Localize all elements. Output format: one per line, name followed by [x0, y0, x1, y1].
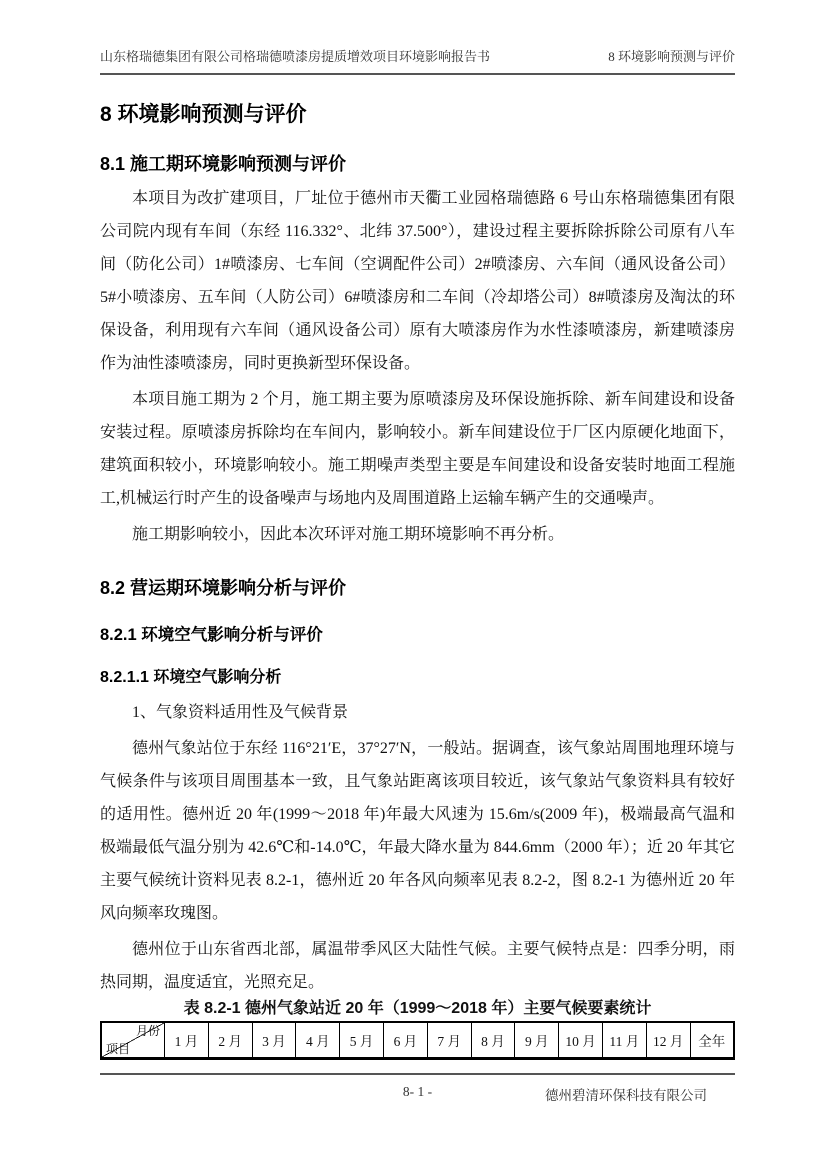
table-corner-cell: 月份 项目: [101, 1022, 165, 1059]
table-header-row: 月份 项目 1 月 2 月 3 月 4 月 5 月 6 月 7 月 8 月 9 …: [101, 1022, 734, 1059]
paragraph-climate-features: 德州位于山东省西北部，属温带季风区大陆性气候。主要气候特点是：四季分明，雨热同期…: [100, 933, 735, 999]
column-header-apr: 4 月: [296, 1022, 340, 1059]
header-report-title: 山东格瑞德集团有限公司格瑞德喷漆房提质增效项目环境影响报告书: [100, 46, 490, 65]
column-header-nov: 11 月: [602, 1022, 646, 1059]
climate-statistics-table: 月份 项目 1 月 2 月 3 月 4 月 5 月 6 月 7 月 8 月 9 …: [100, 1021, 735, 1060]
footer-divider: [100, 1073, 735, 1075]
footer-company-name: 德州碧清环保科技有限公司: [545, 1084, 707, 1104]
column-header-may: 5 月: [340, 1022, 384, 1059]
column-header-jan: 1 月: [165, 1022, 209, 1059]
document-page: 山东格瑞德集团有限公司格瑞德喷漆房提质增效项目环境影响报告书 8 环境影响预测与…: [0, 0, 827, 1169]
table-caption: 表 8.2-1 德州气象站近 20 年（1999～2018 年）主要气候要素统计: [100, 999, 735, 1021]
column-header-oct: 10 月: [559, 1022, 603, 1059]
section-8-1-title: 8.1 施工期环境影响预测与评价: [100, 153, 735, 175]
section-8-2-1-title: 8.2.1 环境空气影响分析与评价: [100, 625, 735, 646]
column-header-jul: 7 月: [427, 1022, 471, 1059]
column-header-dec: 12 月: [646, 1022, 690, 1059]
document-body: 8 环境影响预测与评价 8.1 施工期环境影响预测与评价 本项目为改扩建项目，厂…: [100, 88, 735, 1060]
corner-label-month: 月份: [136, 1024, 160, 1038]
section-8-2-1-1-title: 8.2.1.1 环境空气影响分析: [100, 668, 735, 688]
column-header-annual: 全年: [690, 1022, 734, 1059]
corner-label-item: 项目: [106, 1042, 130, 1056]
column-header-aug: 8 月: [471, 1022, 515, 1059]
column-header-mar: 3 月: [252, 1022, 296, 1059]
section-8-2-title: 8.2 营运期环境影响分析与评价: [100, 577, 735, 599]
paragraph-project-overview: 本项目为改扩建项目，厂址位于德州市天衢工业园格瑞德路 6 号山东格瑞德集团有限公…: [100, 182, 735, 380]
page-header: 山东格瑞德集团有限公司格瑞德喷漆房提质增效项目环境影响报告书 8 环境影响预测与…: [100, 46, 735, 75]
paragraph-weather-station: 德州气象站位于东经 116°21′E，37°27′N，一般站。据调查，该气象站周…: [100, 732, 735, 930]
column-header-sep: 9 月: [515, 1022, 559, 1059]
list-item-meteorology: 1、气象资料适用性及气候背景: [100, 696, 735, 729]
paragraph-construction-conclusion: 施工期影响较小，因此本次环评对施工期环境影响不再分析。: [100, 518, 735, 551]
paragraph-construction-period: 本项目施工期为 2 个月，施工期主要为原喷漆房及环保设施拆除、新车间建设和设备安…: [100, 383, 735, 515]
page-footer: 8- 1 - 德州碧清环保科技有限公司: [100, 1084, 735, 1104]
column-header-jun: 6 月: [383, 1022, 427, 1059]
header-chapter-label: 8 环境影响预测与评价: [608, 46, 735, 65]
column-header-feb: 2 月: [208, 1022, 252, 1059]
chapter-title: 8 环境影响预测与评价: [100, 102, 735, 127]
